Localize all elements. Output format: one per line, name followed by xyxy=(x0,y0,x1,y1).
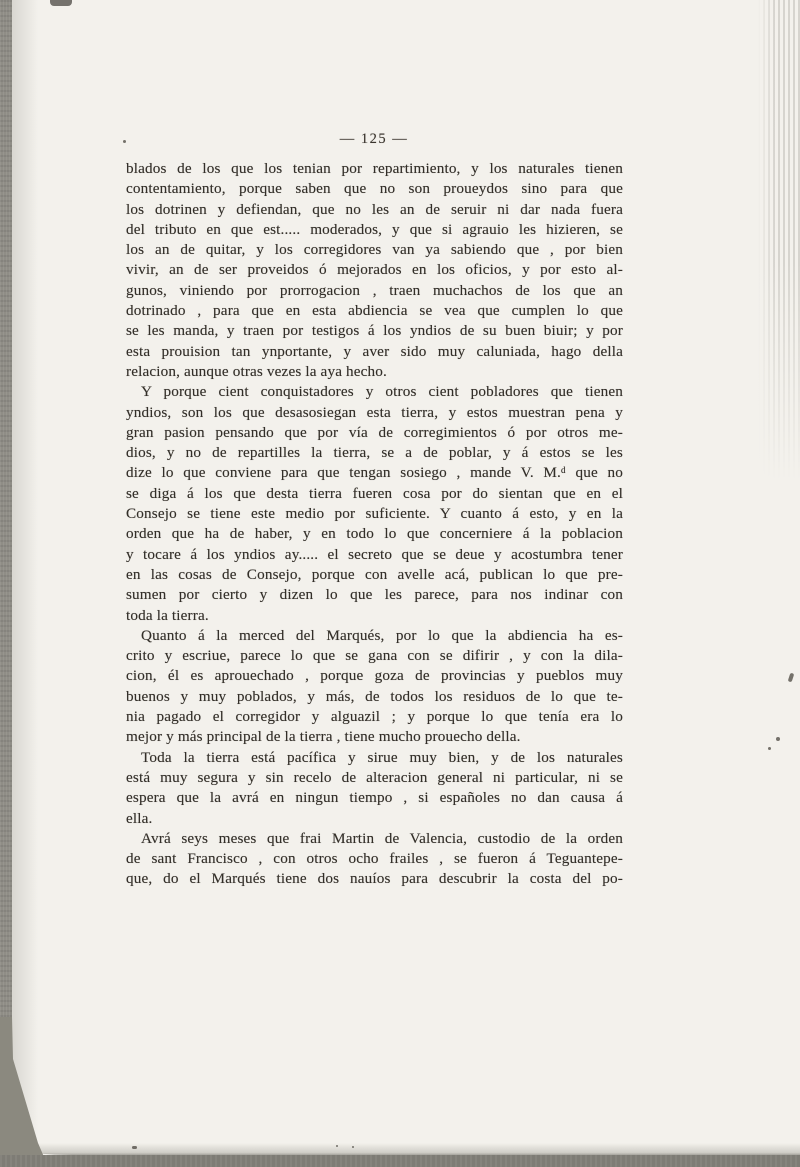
text-line: gran pasion pensando que por vía de corr… xyxy=(126,423,623,443)
scan-edge-left-shadow xyxy=(12,0,38,1167)
text-line: Toda la tierra está pacífica y sirue muy… xyxy=(126,748,623,768)
scan-mark-top xyxy=(50,0,72,6)
text-block: blados de los que los tenian por reparti… xyxy=(126,159,623,890)
scan-speck xyxy=(768,747,771,750)
text-line: Quanto á la merced del Marqués, por lo q… xyxy=(126,626,623,646)
text-line: los an de quitar, y los corregidores van… xyxy=(126,240,623,260)
scan-speck xyxy=(336,1145,338,1147)
text-line: gunos, viniendo por prorrogacion , traen… xyxy=(126,281,623,301)
text-line: relacion, aunque otras vezes la aya hech… xyxy=(126,362,623,382)
text-line: espera que la avrá en ningun tiempo , si… xyxy=(126,788,623,808)
text-line: los dotrinen y defiendan, que no les an … xyxy=(126,200,623,220)
text-line: vivir, an de ser proveidos ó mejorados e… xyxy=(126,260,623,280)
page-number: — 125 — xyxy=(126,131,622,149)
text-line: está muy segura y sin recelo de alteraci… xyxy=(126,768,623,788)
text-line: contentamiento, porque saben que no son … xyxy=(126,179,623,199)
text-line: se les manda, y traen por testigos á los… xyxy=(126,321,623,341)
text-line: del tributo en que est..... moderados, y… xyxy=(126,220,623,240)
text-line: en las cosas de Consejo, porque con avel… xyxy=(126,565,623,585)
text-line: toda la tierra. xyxy=(126,606,623,626)
scan-speck xyxy=(132,1146,137,1149)
text-line: se diga á los que desta tierra fueren co… xyxy=(126,484,623,504)
scan-speck xyxy=(352,1146,354,1148)
text-line: Avrá seys meses que frai Martin de Valen… xyxy=(126,829,623,849)
text-line: dotrinado , para que en esta abdiencia s… xyxy=(126,301,623,321)
text-line: blados de los que los tenian por reparti… xyxy=(126,159,623,179)
scan-edge-left xyxy=(0,0,12,1167)
text-line: cion, él es aprouechado , porque goza de… xyxy=(126,666,623,686)
paper-bottom-edge xyxy=(12,1143,800,1155)
scan-speck xyxy=(788,673,795,683)
scan-edge-bottom xyxy=(0,1155,800,1167)
text-line: crito y escriue, parece lo que se gana c… xyxy=(126,646,623,666)
text-line: y tocare á los yndios ay..... el secreto… xyxy=(126,545,623,565)
text-line: Consejo se tiene este medio por suficien… xyxy=(126,504,623,524)
scanned-book-page: — 125 — blados de los que los tenian por… xyxy=(0,0,800,1167)
text-line: mejor y más principal de la tierra , tie… xyxy=(126,727,623,747)
scan-speck xyxy=(776,737,780,741)
text-line: esta prouision tan ynportante, y aver si… xyxy=(126,342,623,362)
scan-texture-right xyxy=(758,0,800,480)
text-line: nia pagado el corregidor y alguazil ; y … xyxy=(126,707,623,727)
text-line: de sant Francisco , con otros ocho frail… xyxy=(126,849,623,869)
text-line: ella. xyxy=(126,809,623,829)
text-line: dios, y no de repartilles la tierra, se … xyxy=(126,443,623,463)
text-line: dize lo que conviene para que tengan sos… xyxy=(126,463,623,483)
text-line: que, do el Marqués tiene dos nauíos para… xyxy=(126,869,623,889)
text-line: orden que ha de haber, y en todo lo que … xyxy=(126,524,623,544)
text-line: Y porque cient conquistadores y otros ci… xyxy=(126,382,623,402)
text-line: yndios, son los que desasosiegan esta ti… xyxy=(126,403,623,423)
text-line: buenos y muy poblados, y más, de todos l… xyxy=(126,687,623,707)
text-line: sumen por cierto y dizen lo que les pare… xyxy=(126,585,623,605)
